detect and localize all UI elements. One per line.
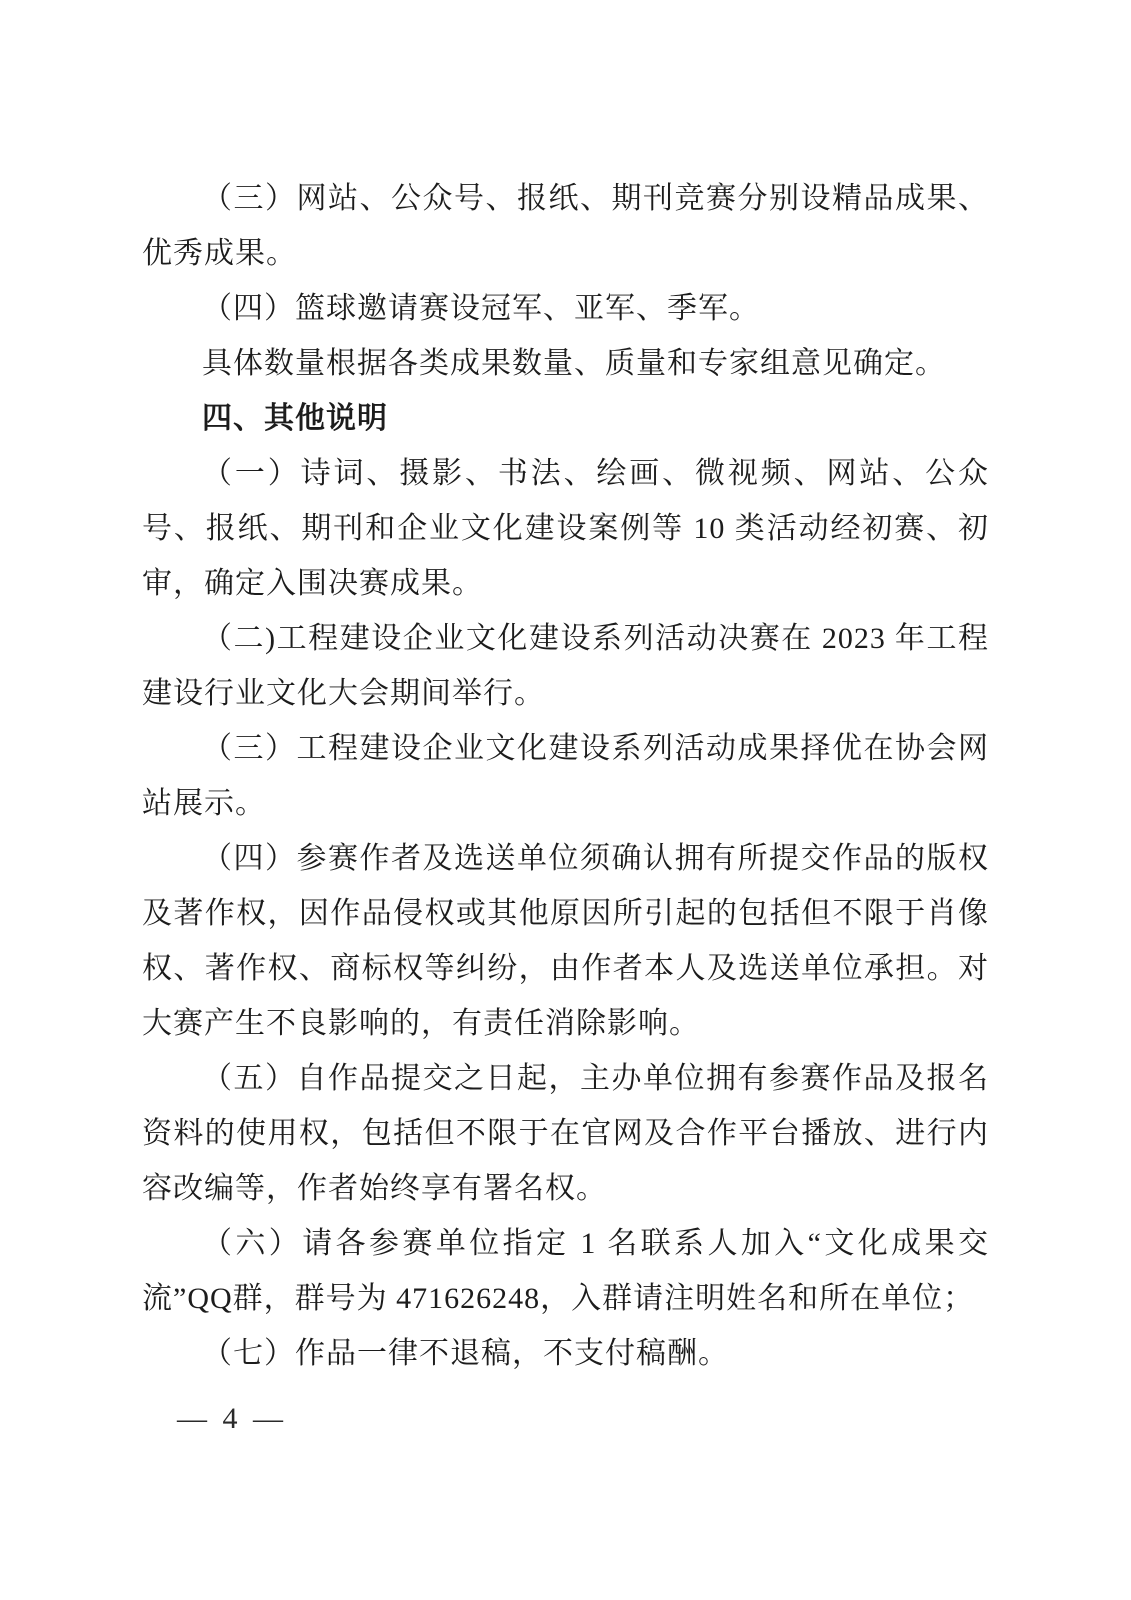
body-paragraph-note-5: （五）自作品提交之日起，主办单位拥有参赛作品及报名资料的使用权，包括但不限于在官… <box>142 1051 989 1216</box>
body-paragraph-note-1: （一）诗词、摄影、书法、绘画、微视频、网站、公众号、报纸、期刊和企业文化建设案例… <box>142 446 989 611</box>
body-paragraph-note-3: （三）工程建设企业文化建设系列活动成果择优在协会网站展示。 <box>142 721 989 831</box>
body-paragraph-award-quantity: 具体数量根据各类成果数量、质量和专家组意见确定。 <box>142 336 989 391</box>
body-paragraph-awards-media: （三）网站、公众号、报纸、期刊竞赛分别设精品成果、优秀成果。 <box>142 171 989 281</box>
page-number: — 4 — <box>177 1398 287 1440</box>
section-heading-other-notes: 四、其他说明 <box>142 391 989 446</box>
body-paragraph-note-7: （七）作品一律不退稿，不支付稿酬。 <box>142 1326 989 1381</box>
document-body: （三）网站、公众号、报纸、期刊竞赛分别设精品成果、优秀成果。 （四）篮球邀请赛设… <box>142 171 989 1381</box>
body-paragraph-note-2: （二)工程建设企业文化建设系列活动决赛在 2023 年工程建设行业文化大会期间举… <box>142 611 989 721</box>
document-page: （三）网站、公众号、报纸、期刊竞赛分别设精品成果、优秀成果。 （四）篮球邀请赛设… <box>0 0 1131 1600</box>
body-paragraph-note-4: （四）参赛作者及选送单位须确认拥有所提交作品的版权及著作权，因作品侵权或其他原因… <box>142 831 989 1051</box>
body-paragraph-note-6: （六）请各参赛单位指定 1 名联系人加入“文化成果交流”QQ群，群号为 4716… <box>142 1216 989 1326</box>
body-paragraph-awards-basketball: （四）篮球邀请赛设冠军、亚军、季军。 <box>142 281 989 336</box>
